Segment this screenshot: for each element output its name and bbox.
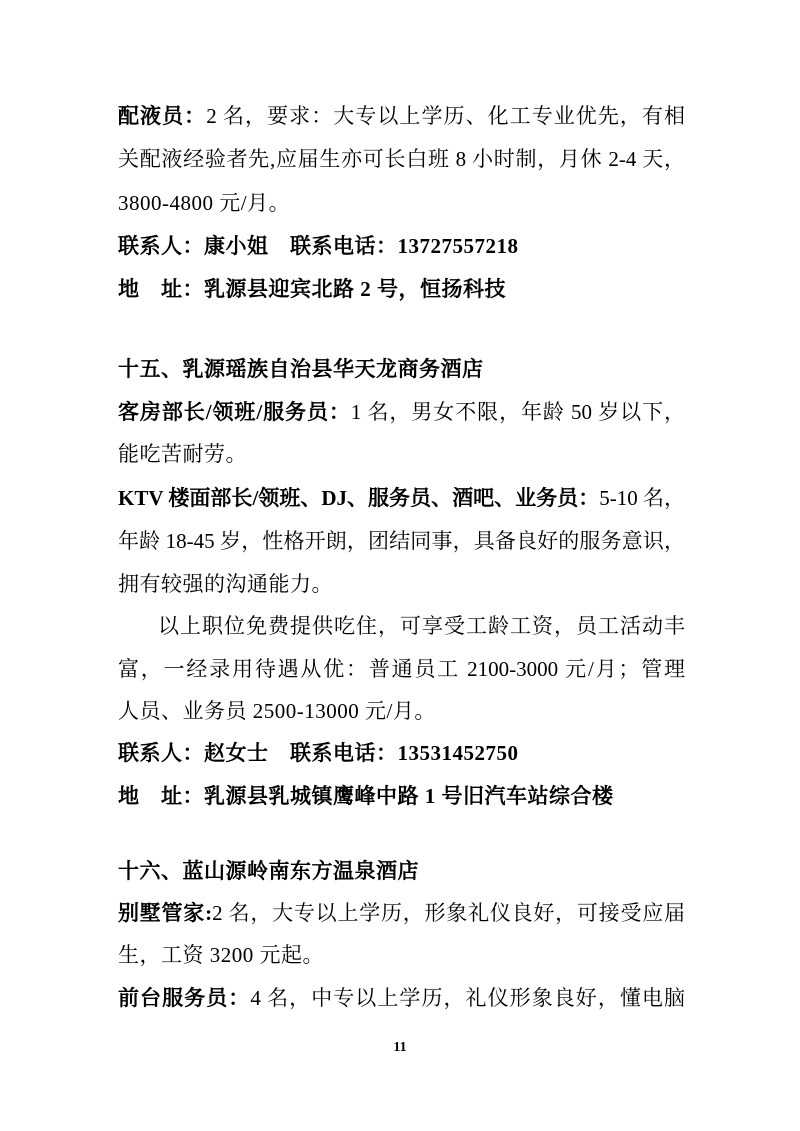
text-run: 3800-4800 元/月。 [118,191,290,215]
position-line: 客房部长/领班/服务员：1 名，男女不限，年龄 50 岁以下， [118,399,685,425]
position-detail: 2 名，大专以上学历，形象礼仪良好，可接受应届 [212,901,685,925]
text-run: 关配液经验者先,应届生亦可长白班 8 小时制，月休 2-4 天， [118,147,685,171]
address-line: 地 址：乳源县乳城镇鹰峰中路 1 号旧汽车站综合楼 [118,783,685,809]
address-line: 地 址：乳源县迎宾北路 2 号，恒扬科技 [118,276,685,302]
text-line: 关配液经验者先,应届生亦可长白班 8 小时制，月休 2-4 天， [118,146,685,172]
position-detail: 1 名，男女不限，年龄 50 岁以下， [351,400,685,424]
text-line: 能吃苦耐劳。 [118,441,685,467]
section-heading: 十六、蓝山源岭南东方温泉酒店 [118,858,685,884]
position-line: KTV 楼面部长/领班、DJ、服务员、酒吧、业务员：5-10 名， [118,485,685,511]
text-run: 年龄 18-45 岁，性格开朗，团结同事，具备良好的服务意识， [118,529,685,553]
text-run: 生，工资 3200 元起。 [118,943,324,967]
position-title: 别墅管家: [118,901,212,925]
text-line: 拥有较强的沟通能力。 [118,571,685,597]
contact-text: 联系人：康小姐 联系电话：13727557218 [118,234,519,258]
page-number: 11 [0,1040,800,1056]
position-line: 别墅管家:2 名，大专以上学历，形象礼仪良好，可接受应届 [118,900,685,926]
position-title: KTV 楼面部长/领班、DJ、服务员、酒吧、业务员： [118,486,599,510]
position-title: 前台服务员： [118,986,250,1010]
text-run: 拥有较强的沟通能力。 [118,572,333,596]
text-line: 人员、业务员 2500-13000 元/月。 [118,698,685,724]
document-page: 配液员：2 名，要求：大专以上学历、化工专业优先，有相 关配液经验者先,应届生亦… [0,0,800,1131]
text-line: 3800-4800 元/月。 [118,190,685,216]
text-run: 人员、业务员 2500-13000 元/月。 [118,699,436,723]
position-line: 配液员：2 名，要求：大专以上学历、化工专业优先，有相 [118,103,685,129]
contact-text: 联系人：赵女士 联系电话：13531452750 [118,741,519,765]
section-heading-text: 十五、乳源瑶族自治县华天龙商务酒店 [118,357,484,381]
text-line: 富，一经录用待遇从优：普通员工 2100-3000 元/月；管理 [118,656,685,682]
text-run: 富，一经录用待遇从优：普通员工 2100-3000 元/月；管理 [118,657,685,681]
text-run: 以上职位免费提供吃住，可享受工龄工资，员工活动丰 [158,614,685,638]
text-line: 以上职位免费提供吃住，可享受工龄工资，员工活动丰 [118,613,685,639]
section-heading: 十五、乳源瑶族自治县华天龙商务酒店 [118,356,685,382]
address-text: 地 址：乳源县乳城镇鹰峰中路 1 号旧汽车站综合楼 [118,784,614,808]
text-line: 年龄 18-45 岁，性格开朗，团结同事，具备良好的服务意识， [118,528,685,554]
section-heading-text: 十六、蓝山源岭南东方温泉酒店 [118,859,419,883]
text-run: 能吃苦耐劳。 [118,442,247,466]
text-line: 生，工资 3200 元起。 [118,942,685,968]
position-title: 客房部长/领班/服务员： [118,400,351,424]
position-line: 前台服务员：4 名，中专以上学历，礼仪形象良好，懂电脑 [118,985,685,1011]
position-detail: 2 名，要求：大专以上学历、化工专业优先，有相 [206,104,685,128]
contact-line: 联系人：赵女士 联系电话：13531452750 [118,740,685,766]
address-text: 地 址：乳源县迎宾北路 2 号，恒扬科技 [118,277,506,301]
contact-line: 联系人：康小姐 联系电话：13727557218 [118,233,685,259]
position-title: 配液员： [118,104,206,128]
position-detail: 4 名，中专以上学历，礼仪形象良好，懂电脑 [250,986,685,1010]
position-detail: 5-10 名， [599,486,685,510]
